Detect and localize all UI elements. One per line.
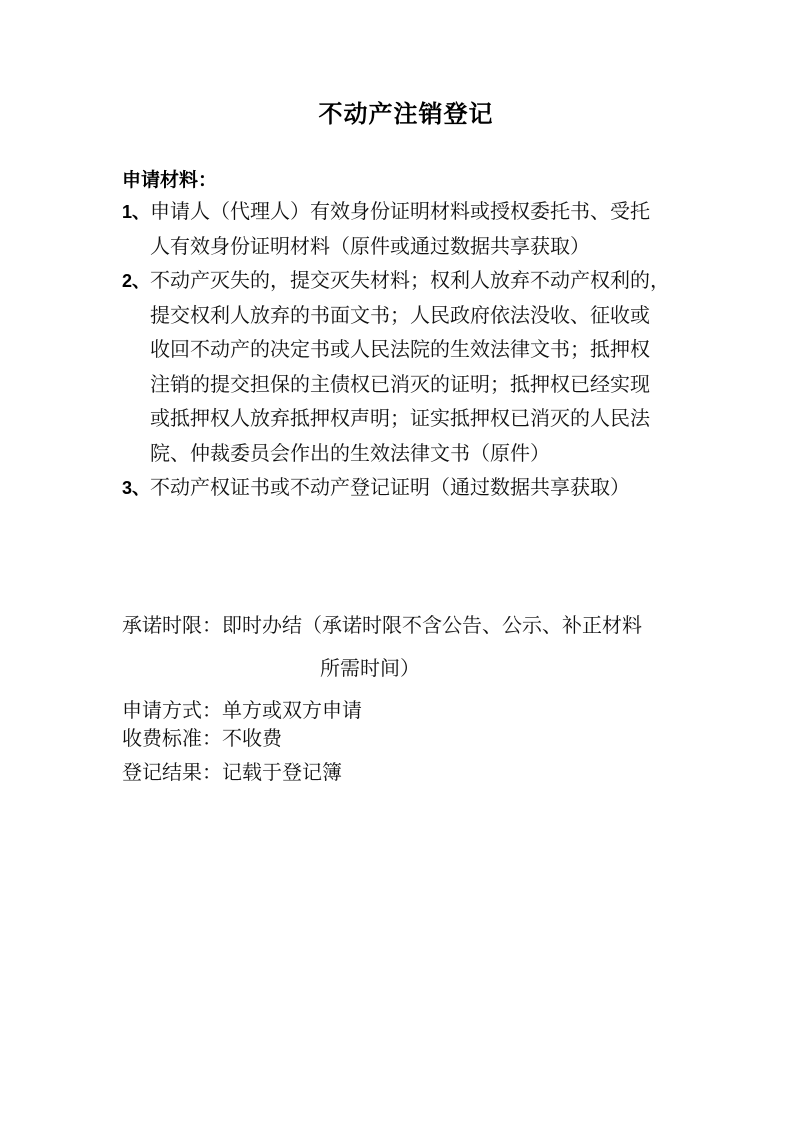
document-title: 不动产注销登记 — [122, 98, 690, 132]
item-line: 或抵押权人放弃抵押权声明；证实抵押权已消灭的人民法 — [150, 402, 690, 437]
materials-heading: 申请材料： — [122, 167, 217, 194]
material-item-2: 2、不动产灭失的，提交灭失材料；权利人放弃不动产权利的， 提交权利人放弃的书面文… — [122, 264, 690, 471]
item-number: 3、 — [122, 471, 150, 506]
item-line-text: 不动产灭失的，提交灭失材料；权利人放弃不动产权利的， — [150, 270, 670, 292]
item-line: 注销的提交担保的主债权已消灭的证明；抵押权已经实现 — [150, 368, 690, 403]
item-line: 3、不动产权证书或不动产登记证明（通过数据共享获取） — [150, 471, 690, 506]
item-number: 2、 — [122, 264, 150, 299]
promise-time-limit-line: 承诺时限：即时办结（承诺时限不含公告、公示、补正材料 — [122, 611, 642, 641]
fee-standard-line: 收费标准：不收费 — [122, 724, 282, 754]
item-line: 2、不动产灭失的，提交灭失材料；权利人放弃不动产权利的， — [150, 264, 690, 299]
document-page: 不动产注销登记 申请材料： 1、申请人（代理人）有效身份证明材料或授权委托书、受… — [0, 0, 793, 1122]
item-line: 院、仲裁委员会作出的生效法律文书（原件） — [150, 437, 690, 472]
item-number: 1、 — [122, 195, 150, 230]
item-line-text: 不动产权证书或不动产登记证明（通过数据共享获取） — [150, 477, 630, 499]
apply-method-line: 申请方式：单方或双方申请 — [122, 696, 362, 726]
materials-list: 1、申请人（代理人）有效身份证明材料或授权委托书、受托 人有效身份证明材料（原件… — [122, 195, 690, 506]
item-line-text: 申请人（代理人）有效身份证明材料或授权委托书、受托 — [150, 201, 650, 223]
registration-result-line: 登记结果：记载于登记簿 — [122, 758, 342, 788]
promise-time-limit-continuation: 所需时间） — [320, 654, 420, 684]
material-item-1: 1、申请人（代理人）有效身份证明材料或授权委托书、受托 人有效身份证明材料（原件… — [122, 195, 690, 264]
item-line: 1、申请人（代理人）有效身份证明材料或授权委托书、受托 — [150, 195, 690, 230]
material-item-3: 3、不动产权证书或不动产登记证明（通过数据共享获取） — [122, 471, 690, 506]
item-line: 提交权利人放弃的书面文书；人民政府依法没收、征收或 — [150, 299, 690, 334]
item-line: 人有效身份证明材料（原件或通过数据共享获取） — [150, 230, 690, 265]
item-line: 收回不动产的决定书或人民法院的生效法律文书；抵押权 — [150, 333, 690, 368]
